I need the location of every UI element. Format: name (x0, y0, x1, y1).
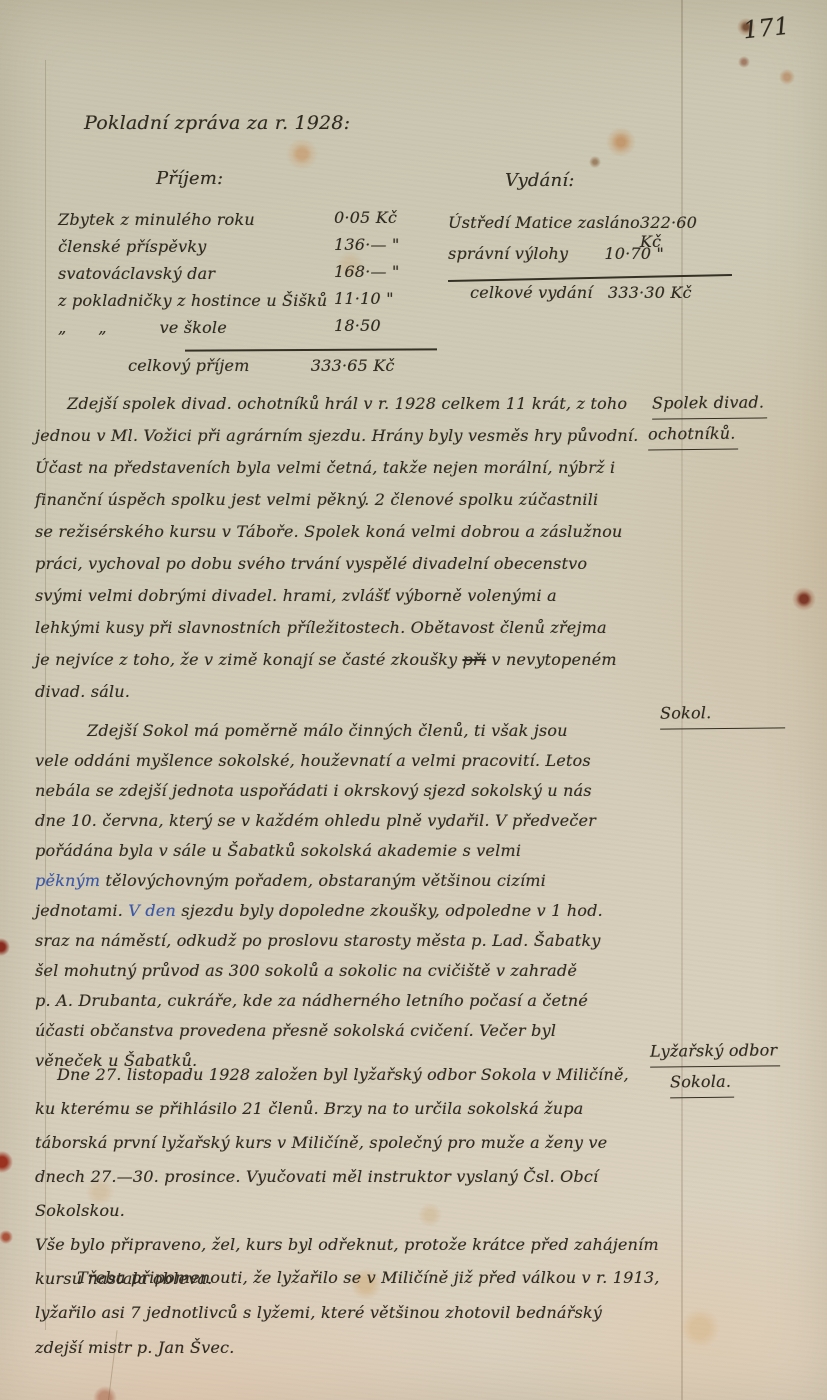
margin-note-text: Sokol. (660, 697, 785, 729)
income-total-amount: 333·65 Kč (311, 356, 395, 375)
income-total-label: celkový příjem (128, 356, 249, 375)
margin-note-3: Lyžařský odborSokola. (650, 1036, 825, 1098)
ledger-row-label: členské příspěvky (58, 237, 206, 256)
ledger-row-amount: 11·10 " (334, 289, 394, 308)
ledger-row-label: Zbytek z minulého roku (58, 210, 255, 229)
income-total: celkový příjem 333·65 Kč (128, 356, 395, 375)
expenses-total-label: celkové vydání (470, 283, 593, 302)
ledger-row: správní výlohy10·70 " (448, 244, 664, 275)
page-number: 171 (742, 12, 791, 45)
ledger-row-amount: 0·05 Kč (334, 208, 397, 227)
income-header: Příjem: (156, 168, 223, 189)
ledger-row-label: správní výlohy (448, 244, 568, 275)
ledger-row-amount: 168·— " (334, 262, 399, 281)
text-segment: Zdejší Sokol má poměrně málo činných čle… (35, 721, 596, 860)
ledger-row-amount: 136·— " (334, 235, 399, 254)
margin-note-text: Spolek divad. (652, 387, 767, 419)
margin-note-text: ochotníků. (648, 419, 739, 451)
ledger-row-label: svatováclavský dar (58, 264, 215, 283)
ledger-row-amount: 10·70 " (604, 244, 664, 275)
margin-note-2: Sokol. (660, 698, 820, 729)
report-title: Pokladní zpráva za r. 1928: (84, 112, 350, 134)
ledger-row: svatováclavský dar168·— " (58, 264, 478, 291)
ledger-row: Ústředí Matice zasláno322·60 Kč (448, 213, 664, 244)
margin-note-text: Lyžařský odbor (650, 1035, 781, 1067)
margin-note-line: ochotníků. (652, 419, 824, 450)
margin-note-line: Sokola. (650, 1067, 825, 1098)
text-segment: Dne 27. listopadu 1928 založen byl lyžař… (35, 1065, 659, 1288)
ledger-row: „ „ ve škole18·50 (58, 318, 478, 345)
ledger-row: členské příspěvky136·— " (58, 237, 478, 264)
text-segment: Třeba připomenouti, že lyžařilo se v Mil… (35, 1268, 660, 1357)
ledger-row-label: „ „ ve škole (58, 318, 227, 337)
income-rows: Zbytek z minulého roku0·05 Kččlenské pří… (58, 210, 478, 345)
text-segment: pěkným (35, 871, 100, 890)
expenses-total-rule (448, 274, 732, 282)
expenses-header: Vydání: (505, 170, 575, 191)
expenses-total: celkové vydání 333·30 Kč (470, 283, 692, 302)
text-segment: V den (128, 901, 176, 920)
text-segment: Zdejší spolek divad. ochotníků hrál v r.… (35, 394, 638, 669)
margin-note-line: Sokol. (660, 698, 820, 729)
margin-note-line: Spolek divad. (652, 388, 824, 419)
income-total-rule (185, 348, 437, 351)
ledger-row-label: Ústředí Matice zasláno (448, 213, 640, 244)
paragraph-4: Třeba připomenouti, že lyžařilo se v Mil… (35, 1260, 687, 1365)
ledger-row-amount: 322·60 Kč (640, 213, 697, 244)
margin-note-1: Spolek divad.ochotníků. (652, 388, 824, 450)
margin-note-line: Lyžařský odbor (650, 1036, 825, 1067)
expenses-total-amount: 333·30 Kč (608, 283, 692, 302)
ledger-row-amount: 18·50 (334, 316, 381, 335)
ledger-row-label: z pokladničky z hostince u Šišků (58, 291, 327, 310)
paragraph-1: Zdejší spolek divad. ochotníků hrál v r.… (35, 388, 687, 708)
text-segment: sjezdu byly dopoledne zkoušky, odpoledne… (35, 901, 603, 1070)
ledger-row: z pokladničky z hostince u Šišků11·10 " (58, 291, 478, 318)
ledger-row: Zbytek z minulého roku0·05 Kč (58, 210, 478, 237)
margin-note-text: Sokola. (670, 1067, 734, 1099)
paragraph-2: Zdejší Sokol má poměrně málo činných čle… (35, 716, 687, 1076)
expense-rows: Ústředí Matice zasláno322·60 Kčsprávní v… (448, 213, 664, 275)
chronicle-page: 171 Pokladní zpráva za r. 1928: Příjem: … (0, 0, 827, 1400)
text-segment: při (462, 650, 486, 669)
